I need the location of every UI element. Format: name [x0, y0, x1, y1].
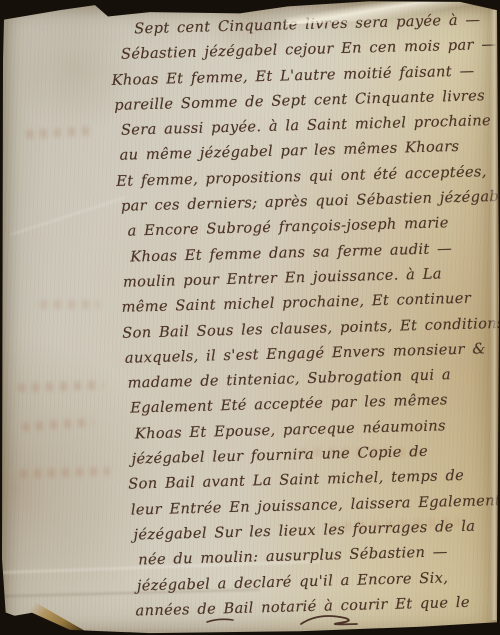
bleedthrough-mark [20, 466, 110, 478]
bleedthrough-mark [18, 381, 104, 393]
torn-corner [0, 582, 92, 635]
flourish-mark [205, 610, 365, 630]
bleedthrough-mark [26, 126, 96, 139]
bleedthrough-mark [40, 300, 100, 309]
bleedthrough-mark [22, 417, 94, 431]
photo-backdrop: Sept cent Cinquante livres sera payée à … [0, 0, 500, 635]
paper-crease [11, 197, 126, 236]
manuscript-text: Sept cent Cinquante livres sera payée à … [110, 7, 500, 624]
manuscript-page: Sept cent Cinquante livres sera payée à … [0, 0, 500, 635]
